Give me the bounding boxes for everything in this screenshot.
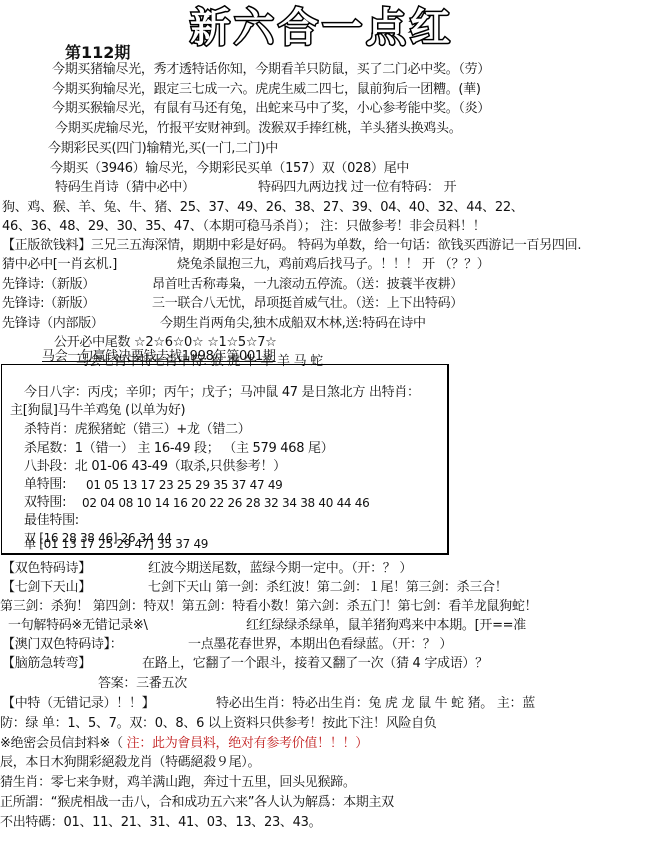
guess-one-label: 猜中必中[一肖玄机.] — [2, 257, 117, 273]
bagua-line: 八卦段：北 01-06 43-49（取杀,只供参考！） — [24, 459, 286, 475]
kill-zodiac-line: 杀特肖：虎猴猪蛇（错三）+龙（错二） — [24, 422, 251, 438]
vanguard-label-3: 先锋诗（内部版） — [2, 316, 104, 332]
even-range-label: 双特围: — [24, 495, 66, 511]
macau-color-text: 一点墨花春世界，本期出色看绿蓝。（开：？ ） — [188, 637, 452, 653]
poem-line-5: 今期彩民买(四门)输精光,买(一门,二门)中 — [48, 141, 278, 157]
odd-range-numbers: 01 05 13 17 23 25 29 35 37 47 49 — [86, 477, 283, 493]
zhongte-text: 特必出生肖：特必出生肖：兔 虎 龙 鼠 牛 蛇 猪。 主：蓝 — [216, 696, 535, 712]
seven-swords-line-2: 第三剑：杀狗！ 第四剑：特双！第五剑：特看小数！第六剑：杀五门！第七剑：看羊龙鼠… — [0, 599, 537, 615]
seven-swords-text: 七剑下天山 第一剑：杀红波！第二剑：１尾！第三剑：杀三合！ — [148, 580, 507, 596]
chen-line: 辰，本日木狗開彩絕殺龙肖（特碼絕殺９尾）。 — [0, 755, 260, 771]
vanguard-label-1: 先锋诗:（新版） — [2, 277, 95, 293]
secret-line: ※绝密会员信封料※（ 注：此为會員料，绝对有参考价值！！！） — [0, 736, 368, 752]
poem-line-6: 今期买（3946）输尽光，今期彩民买单（157）双（028）尾中 — [50, 161, 409, 177]
secret-note: 注：此为會員料，绝对有参考价值！！！） — [123, 736, 368, 751]
poem-line-1: 今期买猪输尽光，秀才透特话你知，今期看羊只防鼠，买了二门必中奖。（劳） — [52, 62, 490, 78]
special-poem-line-3: 46、36、48、29、30、35、47、（本期可稳马杀肖）； 注：只做参考！非… — [2, 219, 485, 235]
seven-swords-label: 【七剑下天山】 — [2, 580, 91, 596]
main-zodiac-line: 主[狗鼠]马牛羊鸡兔 (以单为好) — [10, 403, 185, 419]
poem-line-3: 今期买猴输尽光，有鼠有马还有兔，出蛇来马中了奖，小心参考能中奖。（炎） — [52, 101, 490, 117]
bazi-line: 今日八字：丙戌；辛卯；丙午；戊子；马冲鼠 47 是日煞北方 出特肖： — [24, 385, 420, 401]
vanguard-text-3: 今期生肖两角尖,独木成船双木林,送:特码在诗中 — [160, 316, 426, 332]
zhongte-label: 【中特（无错记录）！！】 — [2, 696, 154, 712]
brain-teaser-answer: 答案：三番五次 — [98, 676, 187, 692]
poem-line-4: 今期买虎输尽光，竹报平安财神到。泼猴双手捧红桃，羊头猪头换鸡头。 — [55, 121, 461, 137]
not-out-line: 不出特碼：01、11、21、31、41、03、13、23、43。 — [0, 815, 321, 831]
vanguard-text-1: 昂首吐舌称毒枭，一九滚动五停流。（送：披蓑半夜耕） — [152, 277, 463, 293]
macau-color-label: 【澳门双色特码诗】： — [2, 637, 123, 653]
vanguard-text-2: 三一联合八无忧，昂项挺首威气壮。（送：上下出特码） — [152, 296, 463, 312]
kill-tail-line: 杀尾数：1（错一） 主 16-49 段； （主 579 468 尾） — [24, 441, 333, 457]
fang-line: 防：绿 单：1、5、7。双：0、8、6 以上资料只供参考！按此下注！风险自负 — [0, 716, 437, 732]
special-poem-text: 特码四九两边找 过一位有特码： 开 — [258, 180, 456, 196]
vanguard-label-2: 先锋诗:（新版） — [2, 296, 95, 312]
special-poem-label: 特码生肖诗（猜中必中） — [55, 180, 195, 196]
odd-range-label: 单特围: — [24, 477, 66, 493]
secret-label: ※绝密会员信封料※（ — [0, 736, 123, 751]
best-range-label: 最佳特围: — [24, 513, 79, 529]
mahui-phrase: 马会一句赢钱决要钱去找1998年第001期 — [42, 349, 276, 365]
guess-zodiac-line: 猜生肖：零七来争财，鸡羊满山跑，奔过十五里，回头见猴蹄。 — [0, 775, 356, 791]
brain-teaser-text: 在路上，它翻了一个跟斗，接着又翻了一次（猜 4 字成语）？ — [142, 656, 488, 672]
prediction-box: 今日八字：丙戌；辛卯；丙午；戊子；马冲鼠 47 是日煞北方 出特肖： 主[狗鼠]… — [1, 364, 449, 555]
even-range-numbers: 02 04 08 10 14 16 20 22 26 28 32 34 38 4… — [82, 495, 369, 511]
brain-teaser-label: 【脑筋急转弯】 — [2, 656, 91, 672]
double-color-label: 【双色特码诗】 — [2, 561, 91, 577]
zheng-suowei-line: 正所謂：“猴虎相战一击八，合和成功五六来”各人认为解爲：本期主双 — [0, 795, 394, 811]
issue-number: 第112期 — [65, 40, 130, 63]
one-phrase-label: 一句解特码※无错记录※\ — [8, 618, 148, 634]
special-poem-line-2: 狗、鸡、猴、羊、兔、牛、猪、25、37、49、26、38、27、39、04、40… — [2, 200, 524, 216]
best-odd-line: 单 [01 13 17 25 29 47] 35 37 49 — [24, 536, 208, 552]
page-title: 新六合一点红 — [190, 4, 454, 52]
zhengban-line: 【正版欲钱料】三兄三五海深情，期期中彩是好码。 特码为单数，给一句话：欲钱买西游… — [2, 238, 581, 254]
guess-one-text: 烧兔杀鼠抱三九，鸡前鸡后找马子。！！！ 开 （？？） — [177, 257, 489, 273]
double-color-text: 红波今期送尾数，蓝绿今期一定中。（开：？ ） — [148, 561, 412, 577]
poem-line-2: 今期买狗输尽光，跟定三七成一六。虎虎生威二四七，鼠前狗后一团糟。(華) — [52, 82, 481, 98]
one-phrase-text: 红红绿绿杀绿单，鼠羊猪狗鸡来中本期。[开==准 — [246, 618, 526, 634]
